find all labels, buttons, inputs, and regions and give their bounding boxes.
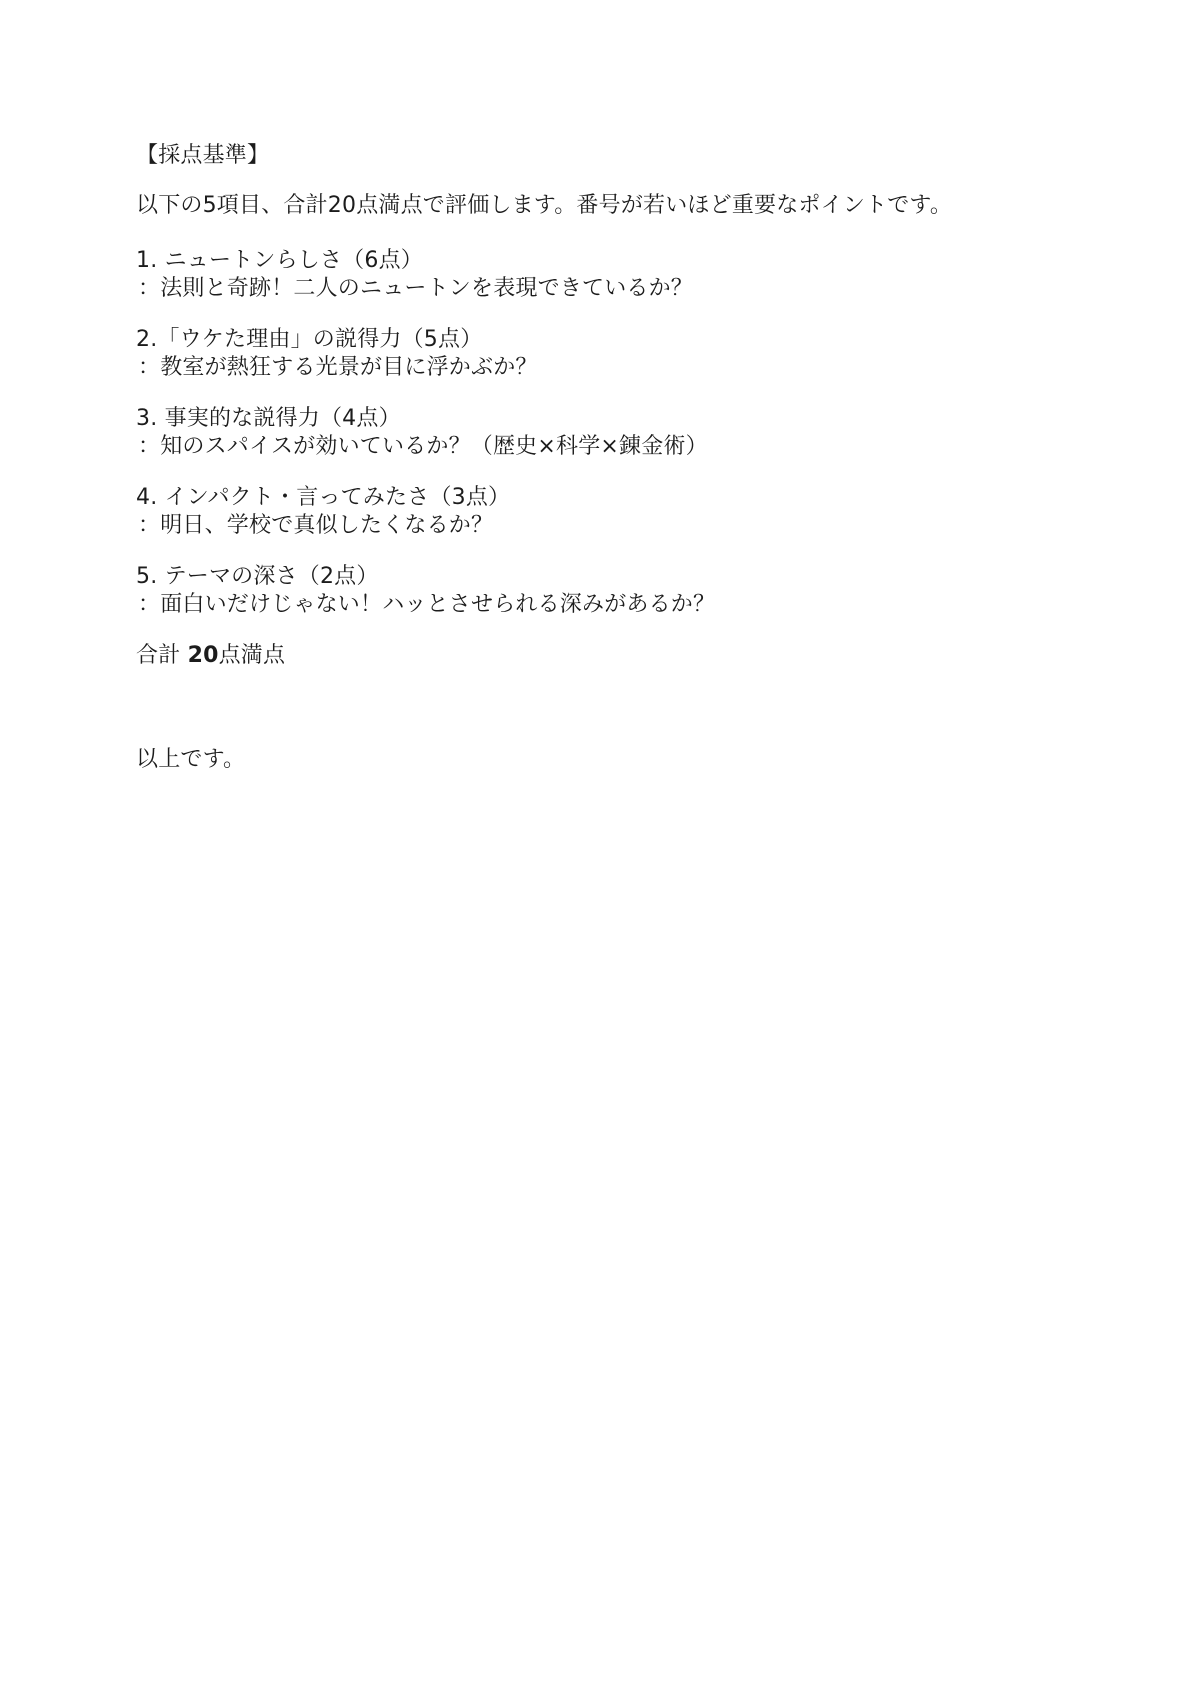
criterion-detail: ：法則と奇跡！二人のニュートンを表現できているか？ bbox=[136, 275, 1056, 303]
criterion-item-2: 2.「ウケた理由」の説得力（5点） ：教室が熱狂する光景が目に浮かぶか？ bbox=[136, 326, 1056, 382]
total-suffix: 点満点 bbox=[219, 643, 286, 668]
total-score-value: 20 bbox=[188, 643, 219, 668]
criterion-detail: ：知のスパイスが効いているか？（歴史×科学×錬金術） bbox=[136, 433, 1056, 461]
closing-text: 以上です。 bbox=[136, 746, 1056, 774]
criterion-heading: 2.「ウケた理由」の説得力（5点） bbox=[136, 326, 1056, 354]
document-content: 【採点基準】 以下の5項目、合計20点満点で評価します。番号が若いほど重要なポイ… bbox=[136, 142, 1056, 774]
document-page: 【採点基準】 以下の5項目、合計20点満点で評価します。番号が若いほど重要なポイ… bbox=[0, 0, 1192, 1684]
criterion-item-1: 1. ニュートンらしさ（6点） ：法則と奇跡！二人のニュートンを表現できているか… bbox=[136, 247, 1056, 303]
page-title: 【採点基準】 bbox=[136, 142, 1056, 170]
criterion-heading: 1. ニュートンらしさ（6点） bbox=[136, 247, 1056, 275]
total-prefix: 合計 bbox=[136, 643, 188, 668]
total-score-line: 合計 20点満点 bbox=[136, 642, 1056, 670]
criterion-item-5: 5. テーマの深さ（2点） ：面白いだけじゃない！ハッとさせられる深みがあるか？ bbox=[136, 563, 1056, 619]
criterion-detail: ：面白いだけじゃない！ハッとさせられる深みがあるか？ bbox=[136, 591, 1056, 619]
intro-text: 以下の5項目、合計20点満点で評価します。番号が若いほど重要なポイントです。 bbox=[136, 192, 1056, 220]
criterion-detail: ：明日、学校で真似したくなるか？ bbox=[136, 512, 1056, 540]
criterion-item-3: 3. 事実的な説得力（4点） ：知のスパイスが効いているか？（歴史×科学×錬金術… bbox=[136, 405, 1056, 461]
criterion-item-4: 4. インパクト・言ってみたさ（3点） ：明日、学校で真似したくなるか？ bbox=[136, 484, 1056, 540]
criterion-heading: 3. 事実的な説得力（4点） bbox=[136, 405, 1056, 433]
criterion-heading: 4. インパクト・言ってみたさ（3点） bbox=[136, 484, 1056, 512]
criterion-heading: 5. テーマの深さ（2点） bbox=[136, 563, 1056, 591]
criterion-detail: ：教室が熱狂する光景が目に浮かぶか？ bbox=[136, 354, 1056, 382]
